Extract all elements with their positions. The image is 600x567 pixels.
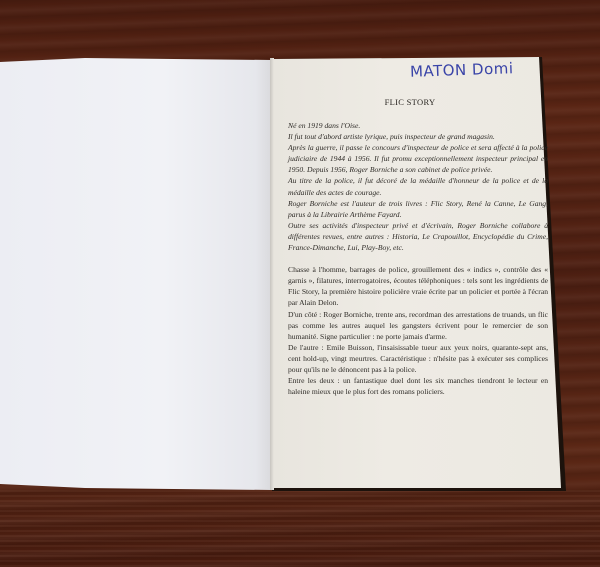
- synopsis: Chasse à l'homme, barrages de police, gr…: [288, 264, 548, 397]
- paragraph-gap: [288, 253, 548, 264]
- left-blank-page: [0, 58, 272, 490]
- bio-paragraph: Outre ses activités d'inspecteur privé e…: [288, 220, 548, 253]
- synopsis-paragraph: D'un côté : Roger Borniche, trente ans, …: [288, 309, 548, 342]
- bio-paragraph: Après la guerre, il passe le concours d'…: [288, 142, 548, 175]
- synopsis-paragraph: Entre les deux : un fantastique duel don…: [288, 375, 548, 397]
- back-cover-blurb: Né en 1919 dans l'Oise. Il fut tout d'ab…: [288, 120, 548, 397]
- book-spine: [270, 58, 274, 490]
- bio-paragraph: Au titre de la police, il fut décoré de …: [288, 175, 548, 197]
- bio-paragraph: Né en 1919 dans l'Oise.: [288, 120, 548, 131]
- wooden-table: [0, 490, 600, 567]
- handwritten-signature: MATON Domi: [410, 59, 514, 81]
- bio-paragraph: Il fut tout d'abord artiste lyrique, pui…: [288, 131, 548, 142]
- synopsis-paragraph: Chasse à l'homme, barrages de police, gr…: [288, 264, 548, 308]
- bio-paragraph: Roger Borniche est l'auteur de trois liv…: [288, 198, 548, 220]
- author-bio: Né en 1919 dans l'Oise. Il fut tout d'ab…: [288, 120, 548, 253]
- synopsis-paragraph: De l'autre : Emile Buisson, l'insaisissa…: [288, 342, 548, 375]
- book-title: FLIC STORY: [272, 97, 548, 107]
